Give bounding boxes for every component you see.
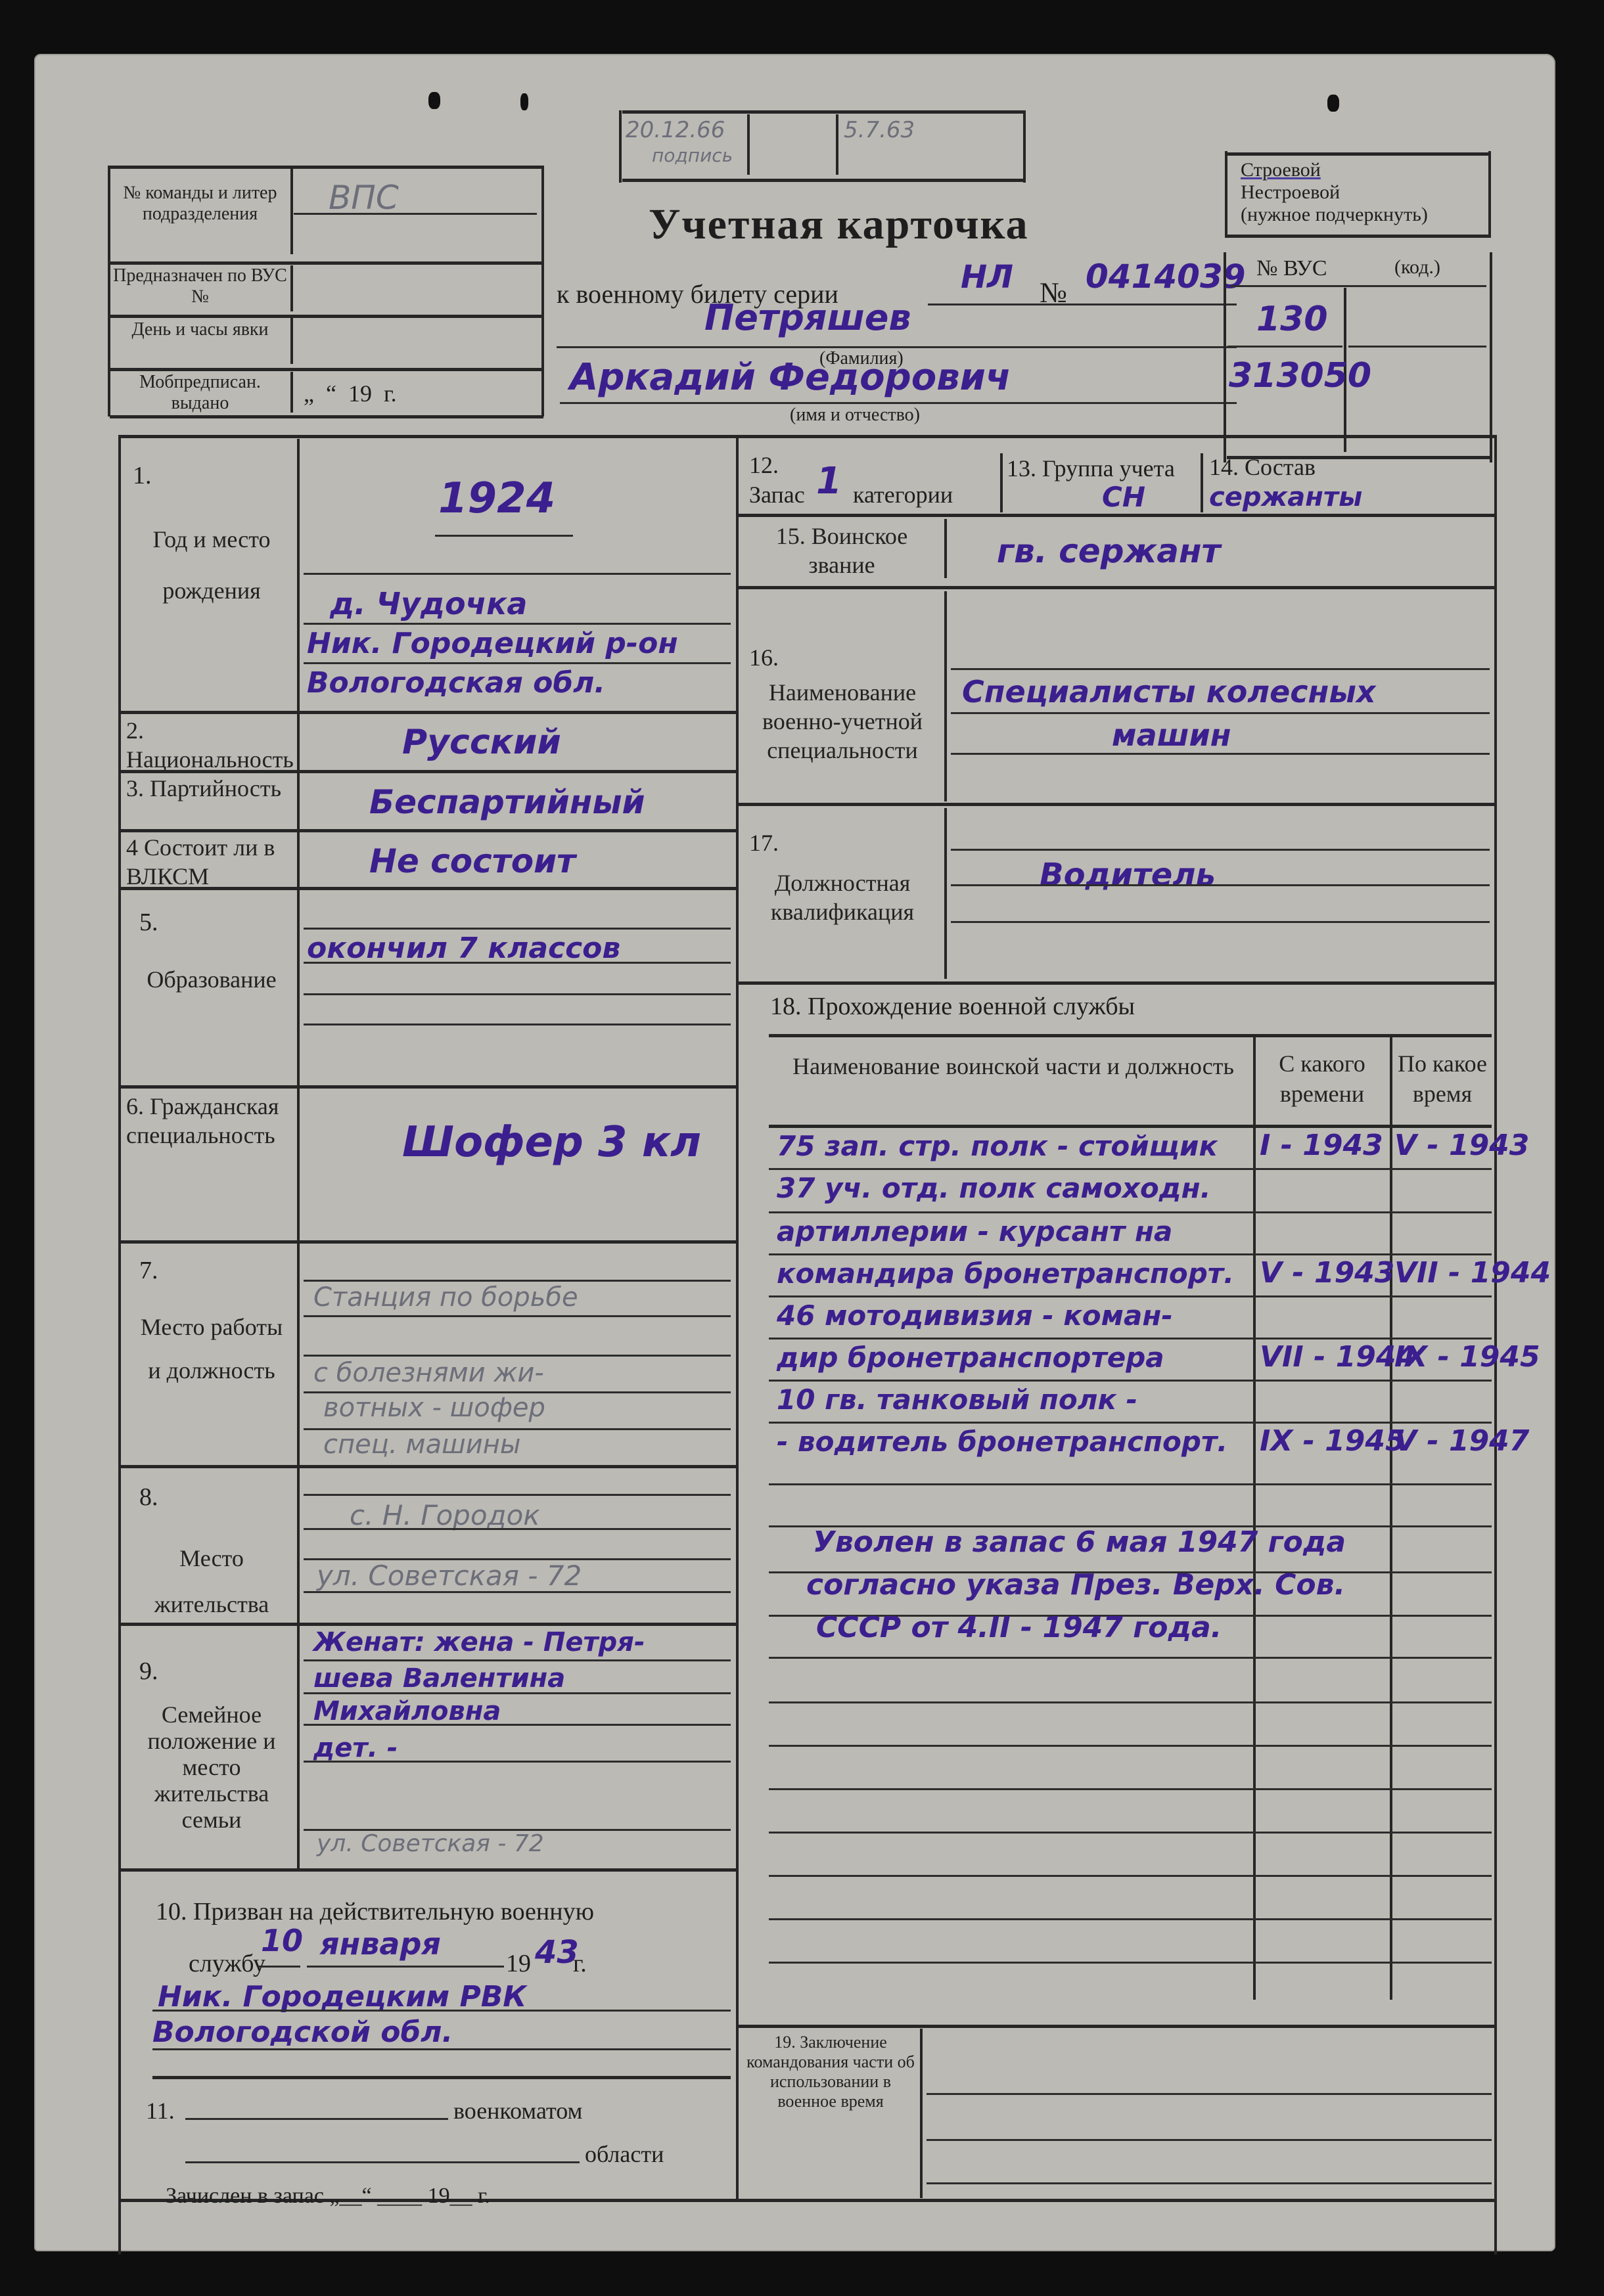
field-18-title: 18. Прохождение военной службы [770,992,1135,1021]
reserve-category: 1 [816,460,842,503]
conscription-office-line-2: Вологодской обл. [152,2015,453,2049]
mobilization-order-label: Мобпредписан. выдано [113,372,287,414]
discharge-line-1: Уволен в запас 6 мая 1947 года [813,1525,1346,1559]
conscription-year: 43 [535,1934,579,1971]
field-3-label: 3. Партийность [126,774,297,803]
birth-place-line-2: Ник. Городецкий р-он [307,627,678,660]
column-divider [736,435,739,2202]
position-qualification: Водитель [1040,857,1216,893]
field-6-label: 6. Гражданская специальность [126,1092,297,1150]
field-12-label-b: категории [853,481,953,508]
card-title: Учетная карточка [649,200,1029,250]
command-number-value: ВПС [329,179,399,217]
family-line-2: шева Валентина [313,1663,565,1694]
residence-line-1: с. Н. Городок [350,1499,540,1531]
field-10-label: 10. Призван на действительную военную [156,1897,594,1926]
command-number-label: № команды и литер подразделения [113,183,287,225]
field-4-label: 4 Состоит ли в ВЛКСМ [126,833,297,891]
service-table-header-to: По какое время [1393,1048,1492,1109]
family-line-4: дет. - [313,1733,398,1763]
komsomol-value: Не состоит [369,842,576,880]
field-7-label: Место работы и должность [133,1305,290,1392]
service-row-text: 37 уч. отд. полк самоходн. [777,1172,1211,1204]
service-type-option-combat[interactable]: Строевой [1241,159,1428,181]
military-specialty-line-2: машин [1112,717,1231,753]
service-row-to: V - 1943 [1394,1129,1529,1162]
field-10-service-word: службу [189,1949,265,1978]
field-11-voenkomat: военкоматом [453,2097,582,2125]
field-14-label: 14. Состав [1209,453,1316,481]
field-17-number: 17. [749,829,779,857]
service-row-from: IX - 1945 [1260,1424,1406,1458]
birth-place-line-1: д. Чудочка [330,586,527,621]
field-16-label: Наименование военно-учетной специальност… [744,678,941,765]
field-12-label-a: Запас [749,481,805,508]
personnel-category: сержанты [1209,482,1362,512]
given-names-value: Аркадий Федорович [570,356,1011,399]
birth-place-line-3: Вологодская обл. [307,666,605,700]
military-rank: гв. сержант [997,532,1221,570]
birth-year: 1924 [438,474,555,523]
field-9-label: Семейное положение и место жительства се… [126,1701,297,1833]
conscription-office-line-1: Ник. Городецким РВК [158,1980,526,2014]
service-row-from: I - 1943 [1260,1129,1383,1162]
discharge-line-2: согласно указа През. Верх. Сов. [806,1568,1345,1602]
education-value: окончил 7 классов [307,932,620,965]
field-2-label: 2. Национальность [126,716,297,774]
family-address: ул. Советская - 72 [317,1830,544,1857]
main-frame-left [118,435,121,2255]
field-12-number: 12. [749,451,779,479]
field-17-label: Должностная квалификация [744,868,941,926]
conscription-day: 10 [261,1923,303,1958]
punch-hole [1327,95,1339,112]
report-time-label: День и часы явки [113,319,287,340]
given-names-caption: (имя и отчество) [790,405,920,426]
civil-specialty-value: Шофер 3 кл [402,1118,701,1167]
conscription-year-suffix: г. [573,1949,587,1978]
party-value: Беспартийный [369,783,645,821]
workplace-line-2: с болезнями жи- [313,1358,544,1388]
workplace-line-4: спец. машины [323,1429,520,1460]
conscription-year-prefix: 19 [506,1949,531,1978]
field-8-label: Место жительства [133,1535,290,1627]
vus-code: 313050 [1229,356,1371,395]
service-row-text: артиллерии - курсант на [777,1215,1172,1248]
service-row-text: командира бронетранспорт. [777,1257,1234,1290]
service-row-from: V - 1943 [1260,1256,1394,1290]
field-5-label: Образование [133,954,290,1005]
workplace-line-1: Станция по борьбе [313,1282,578,1313]
field-16-number: 16. [749,644,779,671]
left-label-divider [297,439,300,1871]
stamp-date-2: 5.7.63 [844,117,915,143]
service-row-to: V - 1947 [1394,1424,1529,1458]
vus-header-label: № ВУС [1256,256,1327,281]
field-8-number: 8. [139,1483,158,1512]
service-row-to: IX - 1945 [1394,1340,1540,1374]
family-line-1: Женат: жена - Петря- [313,1627,645,1657]
main-frame-top [118,435,1497,438]
stamp-signature: подпись [652,145,733,166]
service-row-text: дир бронетранспортера [777,1341,1164,1374]
discharge-line-3: СССР от 4.II - 1947 года. [816,1611,1222,1644]
service-table-header-from: С какого времени [1258,1048,1386,1109]
ticket-number: 0414039 [1086,258,1246,296]
ticket-series: НЛ [961,259,1013,296]
residence-line-2: ул. Советская - 72 [317,1560,582,1592]
family-line-3: Михайловна [313,1696,501,1726]
punch-hole [520,93,528,110]
registration-card: 20.12.66 подпись 5.7.63 № команды и лите… [34,54,1555,2251]
field-11-number: 11. [146,2097,175,2125]
service-row-text: 46 мотодивизия - коман- [777,1299,1173,1332]
field-5-number: 5. [139,908,158,937]
service-row-text: - водитель бронетранспорт. [777,1426,1227,1458]
field-9-number: 9. [139,1657,158,1686]
field-1-label: Год и место рождения [133,514,290,616]
registration-group: СН [1102,481,1145,513]
field-11-reserve-enrolled: Зачислен в запас „__“ ____ 19__ г. [166,2184,490,2209]
service-row-to: VII - 1944 [1394,1256,1551,1290]
vus-code-label: (код.) [1394,256,1440,279]
field-1-number: 1. [133,461,152,490]
conscription-month: января [320,1926,441,1962]
service-type-option-noncombat[interactable]: Нестроевой [1241,181,1428,204]
vus-assigned-label: Предназначен по ВУС № [113,265,287,307]
punch-hole [428,92,440,109]
field-13-label: 13. Группа учета [1007,455,1175,482]
service-row-from: VII - 1944 [1260,1340,1416,1374]
field-11-oblast: области [585,2140,664,2168]
field-7-number: 7. [139,1256,158,1285]
service-table-header-unit: Наименование воинской части и должность [777,1051,1250,1081]
service-row-text: 75 зап. стр. полк - стойщик [777,1130,1218,1162]
field-15-label: 15. Воинское звание [740,522,944,579]
field-19-label: 19. Заключение командования части об исп… [743,2033,919,2111]
service-row-text: 10 гв. танковый полк - [777,1384,1137,1416]
workplace-line-3: вотных - шофер [323,1393,545,1423]
stamp-date-1: 20.12.66 [626,117,725,143]
surname-value: Петряшев [704,297,911,338]
military-specialty-line-1: Специалисты колесных [962,674,1376,709]
mobilization-order-date: „ “ 19 г. [304,380,397,407]
service-type-hint: (нужное подчеркнуть) [1241,204,1428,226]
nationality-value: Русский [402,723,561,762]
vus-number: 130 [1256,300,1328,339]
